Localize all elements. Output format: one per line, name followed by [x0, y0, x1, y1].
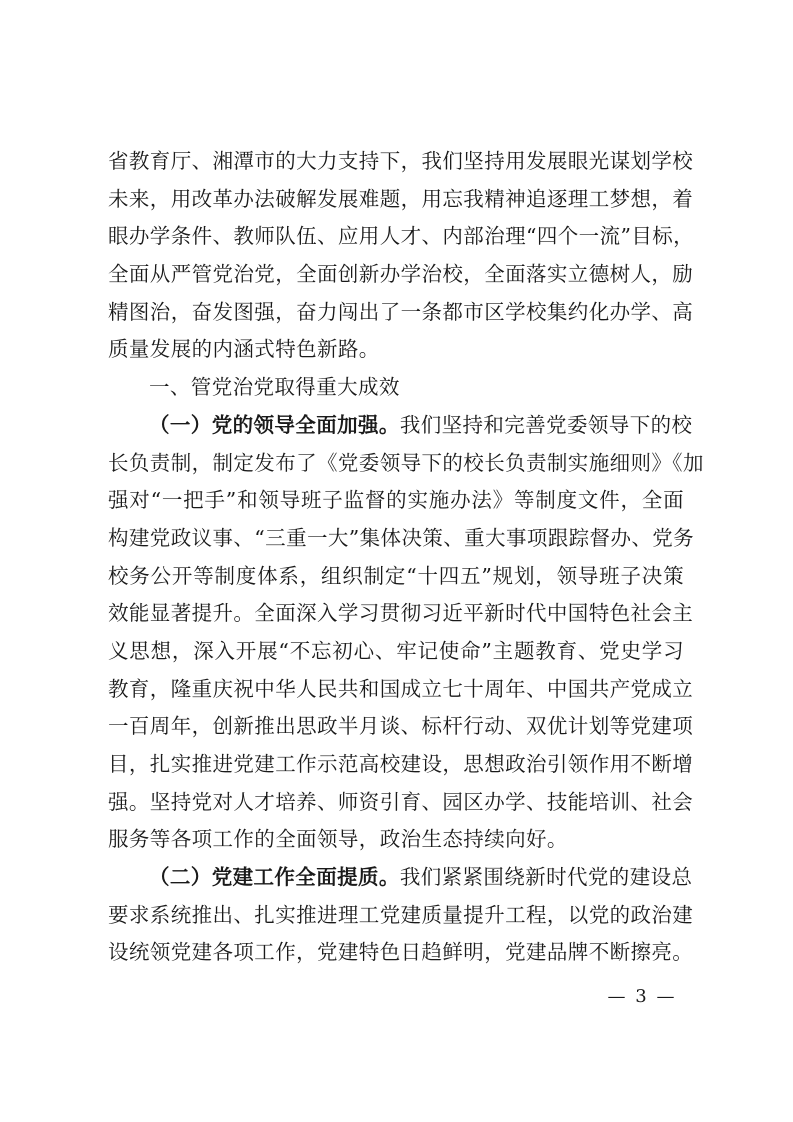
document-body: 省教育厅、湘潭市的大力支持下，我们坚持用发展眼光谋划学校 未来，用改革办法破解发…: [108, 143, 684, 972]
paragraph-line: 强。坚持党对人才培养、师资引育、园区办学、技能培训、社会: [108, 784, 684, 822]
paragraph-line: 长负责制，制定发布了《党委领导下的校长负责制实施细则》《加: [108, 445, 684, 483]
paragraph-line: 眼办学条件、教师队伍、应用人才、内部治理“四个一流”目标，: [108, 218, 684, 256]
paragraph-line: 构建党政议事、“三重一大”集体决策、重大事项跟踪督办、党务: [108, 520, 684, 558]
subsection-first-line: （一）党的领导全面加强。我们坚持和完善党委领导下的校: [108, 407, 684, 445]
paragraph-line: 要求系统推出、扎实推进理工党建质量提升工程，以党的政治建: [108, 897, 684, 935]
paragraph-line: 效能显著提升。全面深入学习贯彻习近平新时代中国特色社会主: [108, 595, 684, 633]
paragraph-line: 质量发展的内涵式特色新路。: [108, 331, 684, 369]
paragraph-line: 设统领党建各项工作，党建特色日趋鲜明，党建品牌不断擦亮。: [108, 934, 684, 972]
paragraph-line: 教育，隆重庆祝中华人民共和国成立七十周年、中国共产党成立: [108, 671, 684, 709]
paragraph-line: 未来，用改革办法破解发展难题，用忘我精神追逐理工梦想，着: [108, 181, 684, 219]
subsection-text: 我们紧紧围绕新时代党的建设总: [400, 865, 693, 889]
paragraph-line: 精图治，奋发图强，奋力闯出了一条都市区学校集约化办学、高: [108, 294, 684, 332]
subsection-text: 我们坚持和完善党委领导下的校: [400, 413, 693, 437]
paragraph-line: 目，扎实推进党建工作示范高校建设，思想政治引领作用不断增: [108, 746, 684, 784]
page-number: — 3 —: [604, 986, 680, 1007]
paragraph-line: 一百周年，创新推出思政半月谈、标杆行动、双优计划等党建项: [108, 708, 684, 746]
subsection-first-line: （二）党建工作全面提质。我们紧紧围绕新时代党的建设总: [108, 859, 684, 897]
paragraph-line: 省教育厅、湘潭市的大力支持下，我们坚持用发展眼光谋划学校: [108, 143, 684, 181]
paragraph-line: 强对“一把手”和领导班子监督的实施办法》等制度文件，全面: [108, 482, 684, 520]
subsection-title: （一）党的领导全面加强。: [149, 413, 400, 437]
document-page: 省教育厅、湘潭市的大力支持下，我们坚持用发展眼光谋划学校 未来，用改革办法破解发…: [0, 0, 793, 1122]
subsection-title: （二）党建工作全面提质。: [149, 865, 400, 889]
paragraph-line: 校务公开等制度体系，组织制定“十四五”规划，领导班子决策: [108, 558, 684, 596]
section-heading: 一、管党治党取得重大成效: [108, 369, 684, 407]
paragraph-line: 服务等各项工作的全面领导，政治生态持续向好。: [108, 821, 684, 859]
paragraph-line: 全面从严管党治党，全面创新办学治校，全面落实立德树人，励: [108, 256, 684, 294]
paragraph-line: 义思想，深入开展“不忘初心、牢记使命”主题教育、党史学习: [108, 633, 684, 671]
